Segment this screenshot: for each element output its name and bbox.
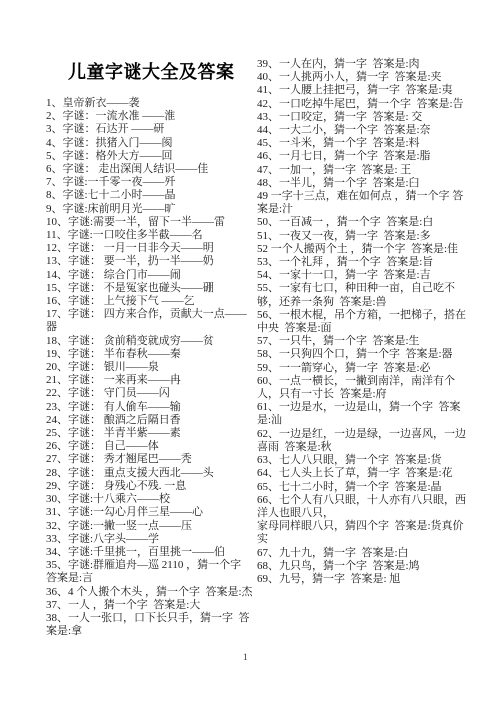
riddle-entry: 20、字谜： 银川——泉 xyxy=(46,361,256,374)
document-page: 儿童字谜大全及答案 1、皇帝新衣——袭2、字谜：一流水准 ——淮3、字谜：石达开… xyxy=(0,0,500,707)
right-column: 39、一人在内，猜一字 答案是:肉40、一人挑两小人，猜一字 答案是:夹41、一… xyxy=(257,58,470,586)
riddle-entry: 4、字谜：拱猪入门——阂 xyxy=(46,137,256,150)
riddle-entry: 2、字谜：一流水准 ——淮 xyxy=(46,110,256,123)
riddle-entry: 6、字谜： 走出深闺人结识——佳 xyxy=(46,163,256,176)
riddle-entry: 61、一边是水，一边是山，猜一个字 答案是:汕 xyxy=(257,401,470,427)
riddle-entry: 33、字谜:八字头——学 xyxy=(46,533,256,546)
riddle-entry: 68、九只鸟，猜一个字 答案是:鸠 xyxy=(257,560,470,573)
riddle-entry: 21、字谜： 一来再来——冉 xyxy=(46,374,256,387)
riddle-entry: 14、字谜： 综合门市——闹 xyxy=(46,269,256,282)
riddle-entry: 30、字谜:十八乘六——校 xyxy=(46,493,256,506)
riddle-entry: 7、字谜:一千零一夜——歼 xyxy=(46,176,256,189)
riddle-entry: 3、字谜：石达开 ——研 xyxy=(46,123,256,136)
riddle-entry: 37、一人 ，猜一个字 答案是:大 xyxy=(46,599,256,612)
riddle-entry: 18、字谜： 贪前稍变就成穷——贫 xyxy=(46,335,256,348)
riddle-entry: 22、字谜： 守门员——闪 xyxy=(46,387,256,400)
riddle-entry: 69、九号，猜一字 答案是: 旭 xyxy=(257,573,470,586)
riddle-entry: 36、4 个人搬个木头 ，猜一个字 答案是:杰 xyxy=(46,586,256,599)
riddle-entry: 58、一只狗四个口，猜一个字 答案是:器 xyxy=(257,348,470,361)
riddle-entry: 54、一家十一口，猜一字 答案是:吉 xyxy=(257,269,470,282)
riddle-entry: 62、一边是红，一边是绿，一边喜风，一边喜雨 答案是:秋 xyxy=(257,428,470,454)
riddle-entry: 63、七人八只眼，猜一个字 答案是:货 xyxy=(257,454,470,467)
riddle-entry: 43、一口咬定，猜一字 答案是: 交 xyxy=(257,111,470,124)
riddle-entry: 24、字谜： 酿酒之后隔日香 xyxy=(46,414,256,427)
riddle-entry: 15、字谜： 不是冤家也碰头——硼 xyxy=(46,282,256,295)
riddle-entry: 55、一家有七口，种田种一亩，自己吃不够，还养一条狗 答案是:兽 xyxy=(257,282,470,308)
page-number: 1 xyxy=(243,653,248,663)
riddle-entry: 11、字谜:一口咬住多半截——名 xyxy=(46,229,256,242)
page-title: 儿童字谜大全及答案 xyxy=(68,62,256,82)
riddle-entry: 38、一人一张口，口下长只手，猜一字 答案是:拿 xyxy=(46,612,256,638)
riddle-entry: 34、字谜:千里挑一，百里挑一——伯 xyxy=(46,546,256,559)
riddle-entry: 64、七人头上长了草，猜一字 答案是:花 xyxy=(257,467,470,480)
riddle-entry: 28、字谜： 重点支援大西北——头 xyxy=(46,467,256,480)
riddle-entry: 53、一个礼拜 ，猜一个字 答案是:旨 xyxy=(257,256,470,269)
riddle-entry: 23、字谜： 有人偷车——输 xyxy=(46,401,256,414)
riddle-entry: 57、一只牛，猜一个字 答案是:生 xyxy=(257,335,470,348)
riddle-entry: 66、七个人有八只眼，十人亦有八只眼，西洋人也眼八只， 家母同样眼八只，猜四个字… xyxy=(257,494,470,547)
riddle-entry: 50、一百减一 ，猜一个字 答案是:白 xyxy=(257,216,470,229)
riddle-entry: 46、一月七日，猜一个字 答案是:脂 xyxy=(257,150,470,163)
riddle-entry: 17、字谜： 四方来合作，贡献大一点——器 xyxy=(46,308,256,334)
riddle-entry: 52 一个人搬两个土 ，猜一个字 答案是:佳 xyxy=(257,243,470,256)
riddle-entry: 39、一人在内，猜一字 答案是:肉 xyxy=(257,58,470,71)
riddle-entry: 67、九十九，猜一字 答案是:白 xyxy=(257,547,470,560)
riddle-entry: 5、字谜：格外大方——回 xyxy=(46,150,256,163)
riddle-entry: 65、七十二小时，猜一个字 答案是:晶 xyxy=(257,481,470,494)
riddle-entry: 60、一点一横长，一撇到南洋，南洋有个人，只有一寸长 答案是:府 xyxy=(257,375,470,401)
riddle-entry: 1、皇帝新衣——袭 xyxy=(46,97,256,110)
riddle-entry: 32、字谜:一撇一竖一点——压 xyxy=(46,520,256,533)
riddle-entry: 19、字谜： 半布春秋——秦 xyxy=(46,348,256,361)
riddle-entry: 9、字谜:床前明月光——旷 xyxy=(46,203,256,216)
riddle-entry: 10、字谜:需要一半，留下一半——雷 xyxy=(46,216,256,229)
left-entries-list: 1、皇帝新衣——袭2、字谜：一流水准 ——淮3、字谜：石达开 ——研4、字谜：拱… xyxy=(46,97,256,638)
riddle-entry: 12、字谜： 一月一日非今天——明 xyxy=(46,242,256,255)
riddle-entry: 49 一字十三点，难在如何点 ，猜一个字 答案是:汁 xyxy=(257,190,470,216)
riddle-entry: 41、一人腰上挂把弓，猜一字 答案是:夷 xyxy=(257,84,470,97)
riddle-entry: 59、一一箭穿心，猜一字 答案是:必 xyxy=(257,362,470,375)
riddle-entry: 47、一加一，猜一字 答案是: 王 xyxy=(257,164,470,177)
riddle-entry: 45、一斗米，猜一个字 答案是:料 xyxy=(257,137,470,150)
riddle-entry: 42、一口吃掉牛尾巴，猜一个字 答案是:告 xyxy=(257,98,470,111)
riddle-entry: 35、字谜:群雁追舟—巡 2110 ，猜一个字 答案是:言 xyxy=(46,559,256,585)
right-entries-list: 39、一人在内，猜一字 答案是:肉40、一人挑两小人，猜一字 答案是:夹41、一… xyxy=(257,58,470,586)
left-column: 儿童字谜大全及答案 1、皇帝新衣——袭2、字谜：一流水准 ——淮3、字谜：石达开… xyxy=(46,62,256,638)
riddle-entry: 56、一根木棍，吊个方箱，一把梯子，搭在中央 答案是:面 xyxy=(257,309,470,335)
riddle-entry: 51、一夜又一夜，猜一字 答案是:多 xyxy=(257,230,470,243)
riddle-entry: 13、字谜： 要一半，扔一半——奶 xyxy=(46,255,256,268)
riddle-entry: 48、一半儿，猜一个字 答案是:臼 xyxy=(257,177,470,190)
riddle-entry: 26、字谜： 自己——体 xyxy=(46,440,256,453)
riddle-entry: 8、字谜:七十二小时——晶 xyxy=(46,189,256,202)
riddle-entry: 29、字谜： 身残心不残. 一息 xyxy=(46,480,256,493)
riddle-entry: 31、字谜:一勾心月伴三星——心 xyxy=(46,506,256,519)
riddle-entry: 16、字谜： 上气接下气 ——乞 xyxy=(46,295,256,308)
riddle-entry: 44、一大二小，猜一个字 答案是:奈 xyxy=(257,124,470,137)
riddle-entry: 25、字谜： 半青半紫——素 xyxy=(46,427,256,440)
riddle-entry: 40、一人挑两小人，猜一字 答案是:夹 xyxy=(257,71,470,84)
riddle-entry: 27、字谜： 秀才翘尾巴——秃 xyxy=(46,453,256,466)
